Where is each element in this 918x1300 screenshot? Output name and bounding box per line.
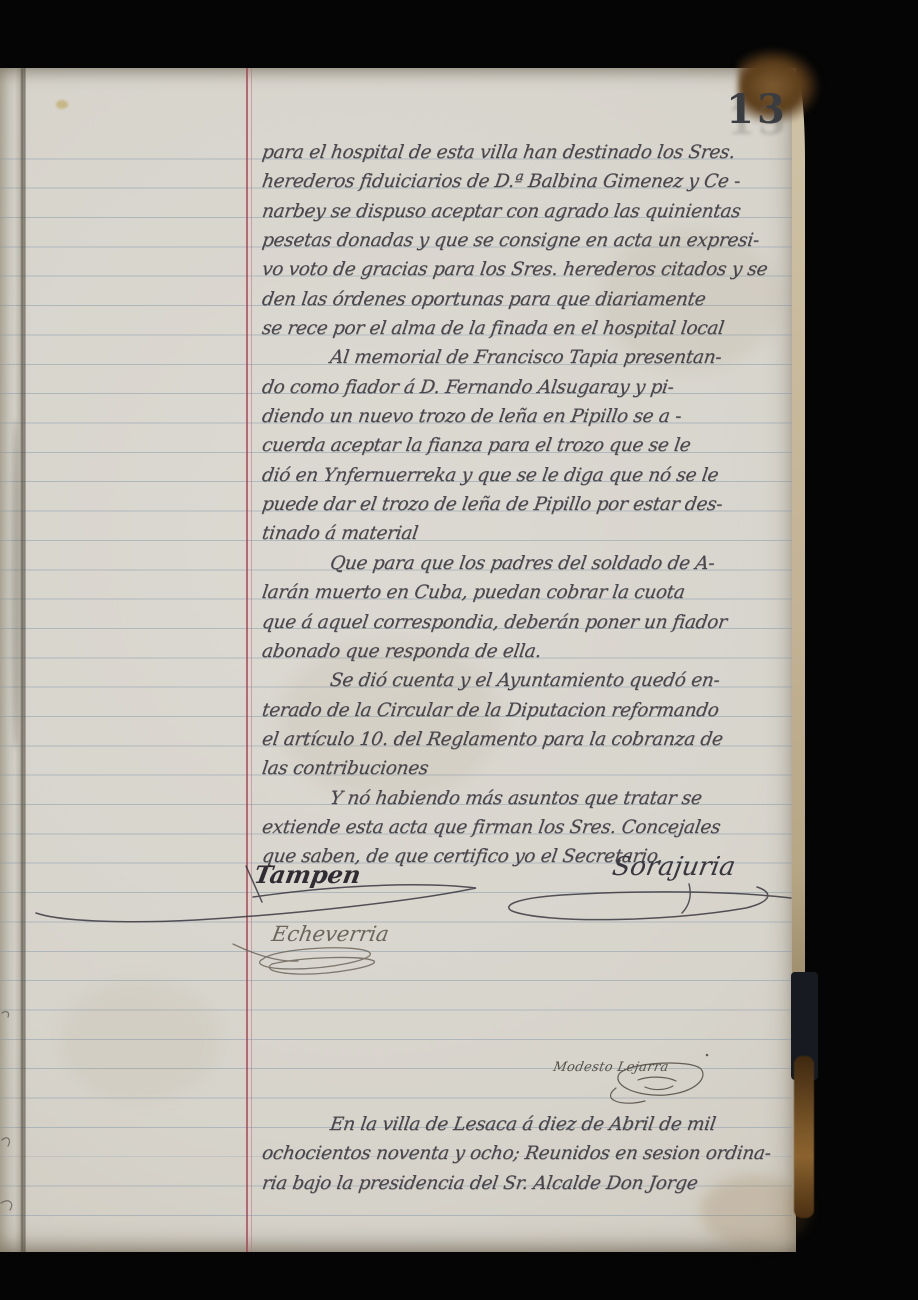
handwritten-line: se rece por el alma de la finada en el h… [260,314,804,343]
handwritten-line: abonado que responda de ella. [260,637,804,666]
handwritten-line: do como fiador á D. Fernando Alsugaray y… [260,373,804,402]
body-paragraphs: para el hospital de esta villa han desti… [260,138,800,872]
handwritten-line: En la villa de Lesaca á diez de Abril de… [260,1110,804,1139]
handwritten-line: ochocientos noventa y ocho; Reunidos en … [260,1139,804,1168]
handwritten-line: cuerda aceptar la fianza para el trozo q… [260,431,804,460]
handwritten-line: Que para que los padres del soldado de A… [260,549,804,578]
handwritten-line: dió en Ynfernuerreka y que se le diga qu… [260,461,804,490]
handwritten-line: herederos fiduiciarios de D.ª Balbina Gi… [260,167,804,196]
page-number: 13 [722,88,792,132]
scanned-manuscript-page: 13 para el hospital de esta villa han de… [0,0,918,1300]
handwritten-line: Se dió cuenta y el Ayuntamiento quedó en… [260,666,804,695]
signature-echeverria: Echeverria [270,922,391,946]
handwritten-line: ria bajo la presidencia del Sr. Alcalde … [260,1169,804,1198]
handwritten-line: pesetas donadas y que se consigne en act… [260,226,804,255]
handwritten-line: narbey se dispuso aceptar con agrado las… [260,197,804,226]
handwritten-line: puede dar el trozo de leña de Pipillo po… [260,490,804,519]
handwritten-line: tinado á material [260,519,804,548]
handwritten-line: vo voto de gracias para los Sres. herede… [260,255,804,284]
handwritten-line: Al memorial de Francisco Tapia presentan… [260,343,804,372]
handwritten-line: diendo un nuevo trozo de leña en Pipillo… [260,402,804,431]
signature-sorajuria: Sorajuria [610,852,738,882]
handwritten-line: que á aquel correspondia, deberán poner … [260,608,804,637]
handwritten-line: para el hospital de esta villa han desti… [260,138,804,167]
signature-tampen: Tampen [252,860,363,889]
handwritten-line: larán muerto en Cuba, puedan cobrar la c… [260,578,804,607]
handwritten-line: terado de la Circular de la Diputacion r… [260,696,804,725]
handwritten-line: den las órdenes oportunas para que diari… [260,285,804,314]
handwritten-line: el artículo 10. del Reglamento para la c… [260,725,804,754]
handwritten-line: extiende esta acta que firman los Sres. … [260,813,804,842]
signature-modesto-lejarra: Modesto Lejarra [552,1060,670,1075]
closing-paragraph: En la villa de Lesaca á diez de Abril de… [260,1110,800,1198]
handwritten-line: Y nó habiendo más asuntos que tratar se [260,784,804,813]
handwritten-line: las contribuciones [260,754,804,783]
